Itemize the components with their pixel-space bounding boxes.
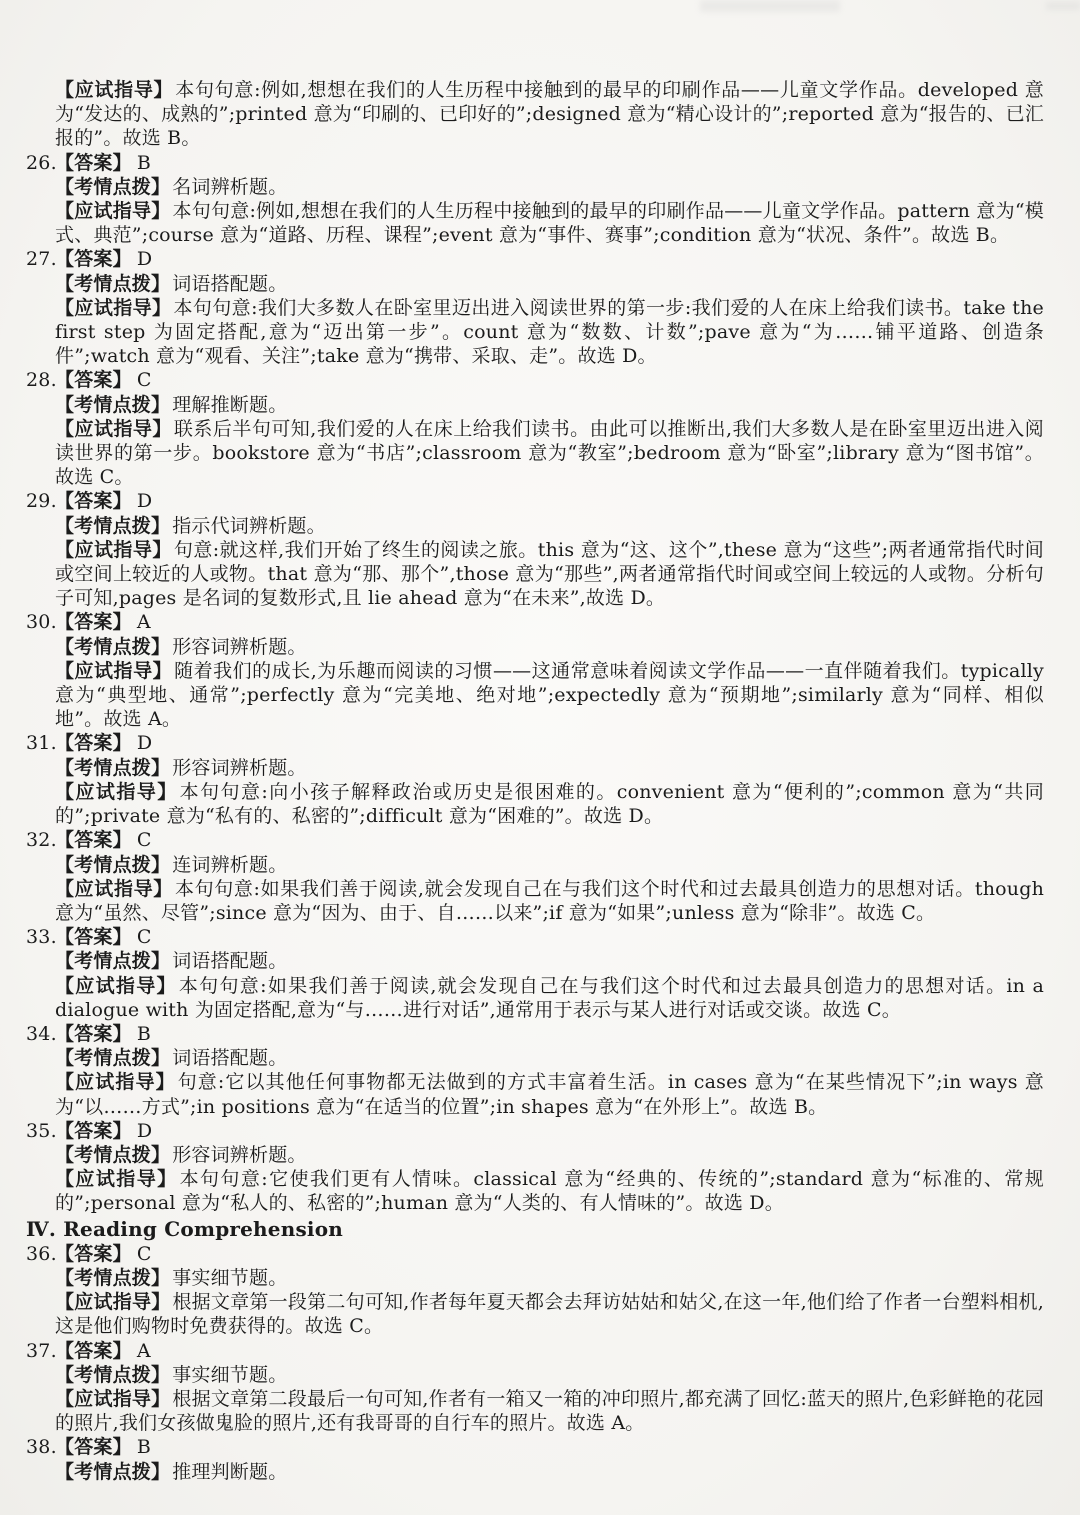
answer-item: 36. 【答案】C 【考情点拨】事实细节题。 【应试指导】根据文章第一段第二句可…	[26, 1242, 1044, 1339]
exam-point-line: 【考情点拨】连词辨析题。	[55, 853, 1044, 877]
document-body: 【应试指导】本句句意:例如,想想在我们的人生历程中接触到的最早的印刷作品——儿童…	[26, 78, 1044, 1484]
guidance-paragraph: 【应试指导】随着我们的成长,为乐趣而阅读的习惯——这通常意味着阅读文学作品——一…	[55, 659, 1044, 732]
answer-label: 【答案】	[55, 369, 132, 391]
answer-letter: B	[137, 1023, 151, 1045]
exam-point-label: 【考情点拨】	[55, 1364, 170, 1386]
answer-item: 33. 【答案】C 【考情点拨】词语搭配题。 【应试指导】本句句意:如果我们善于…	[26, 925, 1044, 1022]
item-number: 31.	[26, 731, 57, 755]
answer-letter: B	[137, 1436, 151, 1458]
question-type: 形容词辨析题。	[172, 1144, 306, 1166]
question-type: 连词辨析题。	[172, 854, 287, 876]
answer-letter: D	[137, 248, 152, 270]
exam-point-label: 【考情点拨】	[55, 1267, 170, 1289]
guidance-label: 【应试指导】	[55, 418, 172, 440]
answer-line: 【答案】B	[55, 151, 1044, 175]
answer-line: 【答案】A	[55, 610, 1044, 634]
scan-artifact	[1046, 2, 1080, 10]
answer-label: 【答案】	[55, 829, 132, 851]
answer-item: 30. 【答案】A 【考情点拨】形容词辨析题。 【应试指导】随着我们的成长,为乐…	[26, 610, 1044, 731]
answer-label: 【答案】	[55, 490, 132, 512]
question-type: 事实细节题。	[172, 1364, 287, 1386]
question-type: 指示代词辨析题。	[172, 515, 326, 537]
guidance-text: 本句句意:如果我们善于阅读,就会发现自己在与我们这个时代和过去最具创造力的思想对…	[55, 878, 1044, 924]
answer-label: 【答案】	[55, 732, 132, 754]
guidance-label: 【应试指导】	[55, 660, 172, 682]
answer-label: 【答案】	[55, 1436, 132, 1458]
exam-point-line: 【考情点拨】词语搭配题。	[55, 272, 1044, 296]
guidance-label: 【应试指导】	[55, 878, 173, 900]
section-title: Ⅳ. Reading Comprehension	[26, 1217, 343, 1241]
guidance-text: 根据文章第一段第二句可知,作者每年夏天都会去拜访姑姑和姑父,在这一年,他们给了作…	[55, 1291, 1044, 1337]
exam-point-label: 【考情点拨】	[55, 1144, 170, 1166]
answer-letter: B	[137, 152, 151, 174]
answer-letter: C	[137, 829, 152, 851]
exam-point-label: 【考情点拨】	[55, 176, 170, 198]
answer-item: 28. 【答案】C 【考情点拨】理解推断题。 【应试指导】联系后半句可知,我们爱…	[26, 368, 1044, 489]
item-number: 29.	[26, 489, 57, 513]
guidance-text: 本句句意:如果我们善于阅读,就会发现自己在与我们这个时代和过去最具创造力的思想对…	[55, 975, 1044, 1021]
answer-letter: C	[137, 369, 152, 391]
guidance-text: 本句句意:我们大多数人在卧室里迈出进入阅读世界的第一步:我们爱的人在床上给我们读…	[55, 297, 1044, 367]
item-number: 34.	[26, 1022, 57, 1046]
answer-label: 【答案】	[55, 248, 132, 270]
question-type: 词语搭配题。	[172, 950, 287, 972]
guidance-text: 随着我们的成长,为乐趣而阅读的习惯——这通常意味着阅读文学作品——一直伴随着我们…	[55, 660, 1044, 730]
continuation-paragraph: 【应试指导】本句句意:例如,想想在我们的人生历程中接触到的最早的印刷作品——儿童…	[26, 78, 1044, 151]
guidance-paragraph: 【应试指导】句意:它以其他任何事物都无法做到的方式丰富着生活。in cases …	[55, 1070, 1044, 1118]
guidance-paragraph: 【应试指导】根据文章第二段最后一句可知,作者有一箱又一箱的冲印照片,都充满了回忆…	[55, 1387, 1044, 1435]
answer-line: 【答案】D	[55, 247, 1044, 271]
answer-letter: A	[137, 611, 151, 633]
guidance-label: 【应试指导】	[55, 1388, 170, 1410]
question-type: 形容词辨析题。	[172, 757, 306, 779]
answer-item: 27. 【答案】D 【考情点拨】词语搭配题。 【应试指导】本句句意:我们大多数人…	[26, 247, 1044, 368]
answer-line: 【答案】B	[55, 1435, 1044, 1459]
scan-artifact	[700, 0, 840, 12]
answer-item: 29. 【答案】D 【考情点拨】指示代词辨析题。 【应试指导】句意:就这样,我们…	[26, 489, 1044, 610]
answer-item: 32. 【答案】C 【考情点拨】连词辨析题。 【应试指导】本句句意:如果我们善于…	[26, 828, 1044, 925]
exam-point-label: 【考情点拨】	[55, 1461, 170, 1483]
guidance-paragraph: 【应试指导】本句句意:如果我们善于阅读,就会发现自己在与我们这个时代和过去最具创…	[55, 974, 1044, 1022]
exam-point-label: 【考情点拨】	[55, 515, 170, 537]
item-number: 26.	[26, 151, 57, 175]
answer-letter: D	[137, 490, 152, 512]
answer-line: 【答案】C	[55, 1242, 1044, 1266]
guidance-label: 【应试指导】	[55, 1071, 176, 1093]
answer-line: 【答案】C	[55, 828, 1044, 852]
answer-item: 34. 【答案】B 【考情点拨】词语搭配题。 【应试指导】句意:它以其他任何事物…	[26, 1022, 1044, 1119]
answer-item: 38. 【答案】B 【考情点拨】推理判断题。	[26, 1435, 1044, 1483]
guidance-label: 【应试指导】	[55, 297, 171, 319]
item-number: 36.	[26, 1242, 57, 1266]
guidance-text: 句意:它以其他任何事物都无法做到的方式丰富着生活。in cases 意为“在某些…	[55, 1071, 1044, 1117]
item-number: 28.	[26, 368, 57, 392]
item-number: 32.	[26, 828, 57, 852]
answer-letter: C	[137, 926, 152, 948]
guidance-label: 【应试指导】	[55, 781, 178, 803]
answer-label: 【答案】	[55, 1340, 132, 1362]
guidance-label: 【应试指导】	[55, 79, 173, 101]
exam-point-label: 【考情点拨】	[55, 854, 170, 876]
exam-point-line: 【考情点拨】词语搭配题。	[55, 1046, 1044, 1070]
guidance-paragraph: 【应试指导】本句句意:如果我们善于阅读,就会发现自己在与我们这个时代和过去最具创…	[55, 877, 1044, 925]
guidance-paragraph: 【应试指导】本句句意:它使我们更有人情味。classical 意为“经典的、传统…	[55, 1167, 1044, 1215]
answer-item: 37. 【答案】A 【考情点拨】事实细节题。 【应试指导】根据文章第二段最后一句…	[26, 1339, 1044, 1436]
question-type: 词语搭配题。	[172, 1047, 287, 1069]
question-type: 名词辨析题。	[172, 176, 287, 198]
answer-item: 35. 【答案】D 【考情点拨】形容词辨析题。 【应试指导】本句句意:它使我们更…	[26, 1119, 1044, 1216]
exam-point-label: 【考情点拨】	[55, 950, 170, 972]
guidance-label: 【应试指导】	[55, 1291, 170, 1313]
answer-label: 【答案】	[55, 1023, 132, 1045]
exam-point-line: 【考情点拨】指示代词辨析题。	[55, 514, 1044, 538]
answer-label: 【答案】	[55, 152, 132, 174]
answer-letter: C	[137, 1243, 152, 1265]
item-number: 38.	[26, 1435, 57, 1459]
item-number: 35.	[26, 1119, 57, 1143]
exam-point-line: 【考情点拨】推理判断题。	[55, 1460, 1044, 1484]
guidance-paragraph: 【应试指导】句意:就这样,我们开始了终生的阅读之旅。this 意为“这、这个”,…	[55, 538, 1044, 611]
guidance-label: 【应试指导】	[55, 539, 172, 561]
item-number: 37.	[26, 1339, 57, 1363]
answer-letter: D	[137, 732, 152, 754]
guidance-label: 【应试指导】	[55, 975, 177, 997]
guidance-text: 本句句意:向小孩子解释政治或历史是很困难的。convenient 意为“便利的”…	[55, 781, 1044, 827]
exam-point-line: 【考情点拨】形容词辨析题。	[55, 756, 1044, 780]
answer-label: 【答案】	[55, 1120, 132, 1142]
exam-point-line: 【考情点拨】词语搭配题。	[55, 949, 1044, 973]
question-type: 理解推断题。	[172, 394, 287, 416]
answer-line: 【答案】D	[55, 1119, 1044, 1143]
exam-point-line: 【考情点拨】形容词辨析题。	[55, 1143, 1044, 1167]
answer-line: 【答案】C	[55, 925, 1044, 949]
exam-point-line: 【考情点拨】理解推断题。	[55, 393, 1044, 417]
exam-point-label: 【考情点拨】	[55, 757, 170, 779]
guidance-paragraph: 【应试指导】根据文章第一段第二句可知,作者每年夏天都会去拜访姑姑和姑父,在这一年…	[55, 1290, 1044, 1338]
exam-point-label: 【考情点拨】	[55, 394, 170, 416]
exam-point-line: 【考情点拨】形容词辨析题。	[55, 635, 1044, 659]
answer-item: 31. 【答案】D 【考情点拨】形容词辨析题。 【应试指导】本句句意:向小孩子解…	[26, 731, 1044, 828]
guidance-paragraph: 【应试指导】本句句意:例如,想想在我们的人生历程中接触到的最早的印刷作品——儿童…	[55, 199, 1044, 247]
guidance-label: 【应试指导】	[55, 200, 170, 222]
question-type: 推理判断题。	[172, 1461, 287, 1483]
guidance-text: 联系后半句可知,我们爱的人在床上给我们读书。由此可以推断出,我们大多数人是在卧室…	[55, 418, 1044, 488]
answer-label: 【答案】	[55, 926, 132, 948]
item-number: 33.	[26, 925, 57, 949]
section-heading: Ⅳ. Reading Comprehension	[26, 1216, 1044, 1242]
guidance-text: 本句句意:它使我们更有人情味。classical 意为“经典的、传统的”;sta…	[55, 1168, 1044, 1214]
question-type: 词语搭配题。	[172, 273, 287, 295]
answer-item: 26. 【答案】B 【考情点拨】名词辨析题。 【应试指导】本句句意:例如,想想在…	[26, 151, 1044, 248]
item-number: 27.	[26, 247, 57, 271]
exam-point-line: 【考情点拨】事实细节题。	[55, 1266, 1044, 1290]
exam-point-label: 【考情点拨】	[55, 636, 170, 658]
answer-line: 【答案】D	[55, 731, 1044, 755]
guidance-paragraph: 【应试指导】本句句意:向小孩子解释政治或历史是很困难的。convenient 意…	[55, 780, 1044, 828]
exam-point-label: 【考情点拨】	[55, 273, 170, 295]
answer-line: 【答案】B	[55, 1022, 1044, 1046]
guidance-label: 【应试指导】	[55, 1168, 178, 1190]
answer-line: 【答案】C	[55, 368, 1044, 392]
item-number: 30.	[26, 610, 57, 634]
guidance-paragraph: 【应试指导】本句句意:例如,想想在我们的人生历程中接触到的最早的印刷作品——儿童…	[55, 78, 1044, 151]
question-type: 形容词辨析题。	[172, 636, 306, 658]
answer-line: 【答案】A	[55, 1339, 1044, 1363]
guidance-text: 句意:就这样,我们开始了终生的阅读之旅。this 意为“这、这个”,these …	[55, 539, 1044, 609]
exam-point-line: 【考情点拨】名词辨析题。	[55, 175, 1044, 199]
guidance-text: 本句句意:例如,想想在我们的人生历程中接触到的最早的印刷作品——儿童文学作品。d…	[55, 79, 1044, 149]
question-type: 事实细节题。	[172, 1267, 287, 1289]
guidance-text: 本句句意:例如,想想在我们的人生历程中接触到的最早的印刷作品——儿童文学作品。p…	[55, 200, 1044, 246]
exam-point-line: 【考情点拨】事实细节题。	[55, 1363, 1044, 1387]
guidance-paragraph: 【应试指导】本句句意:我们大多数人在卧室里迈出进入阅读世界的第一步:我们爱的人在…	[55, 296, 1044, 369]
exam-point-label: 【考情点拨】	[55, 1047, 170, 1069]
answer-label: 【答案】	[55, 1243, 132, 1265]
answer-label: 【答案】	[55, 611, 132, 633]
answer-line: 【答案】D	[55, 489, 1044, 513]
guidance-paragraph: 【应试指导】联系后半句可知,我们爱的人在床上给我们读书。由此可以推断出,我们大多…	[55, 417, 1044, 490]
answer-letter: D	[137, 1120, 152, 1142]
guidance-text: 根据文章第二段最后一句可知,作者有一箱又一箱的冲印照片,都充满了回忆:蓝天的照片…	[55, 1388, 1044, 1434]
answer-letter: A	[137, 1340, 151, 1362]
